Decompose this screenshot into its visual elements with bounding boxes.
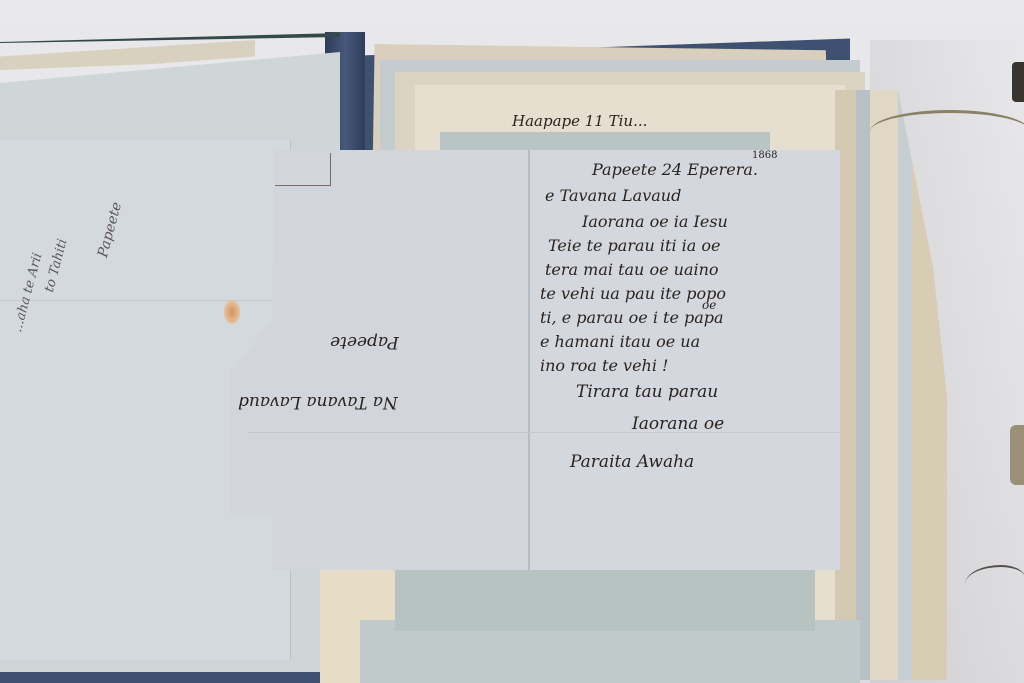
letter-body-line: te vehi ua pau ite popo	[540, 284, 726, 303]
letter-body-line: ti, e parau oe i te papa	[540, 308, 724, 327]
rust-stain	[224, 300, 240, 324]
clip	[1010, 425, 1024, 485]
address-recipient: Na Tavana Lavaud	[238, 392, 398, 412]
binding-string	[870, 110, 1024, 153]
letter-body-line: Teie te parau iti ia oe	[548, 236, 721, 255]
letter-farewell: Iaorana oe	[632, 414, 724, 434]
main-letter-address-panel	[230, 150, 530, 570]
letter-body-line: ino roa te vehi !	[540, 356, 668, 375]
letter-signature: Paraita Awaha	[570, 452, 694, 472]
letter-salutation: e Tavana Lavaud	[545, 186, 681, 205]
corner-tear	[275, 153, 331, 186]
letter-year: 1868	[752, 150, 777, 161]
left-letter-fold	[0, 300, 290, 301]
letter-fold-horizontal	[248, 432, 840, 433]
letter-fold-vertical	[528, 150, 530, 570]
letter-closing: Tirara tau parau	[576, 382, 718, 402]
back-letter-header: Haapape 11 Tiu...	[512, 112, 647, 130]
letter-body-line: e hamani itau oe ua	[540, 332, 700, 351]
letter-greeting: Iaorana oe ia Iesu	[582, 212, 728, 231]
address-place: Papeete	[330, 332, 399, 352]
clip	[1012, 62, 1024, 102]
stack-sheet	[395, 565, 815, 631]
letter-date: Papeete 24 Eperera.	[592, 160, 758, 179]
letter-body-line: tera mai tau oe uaino	[545, 260, 719, 279]
